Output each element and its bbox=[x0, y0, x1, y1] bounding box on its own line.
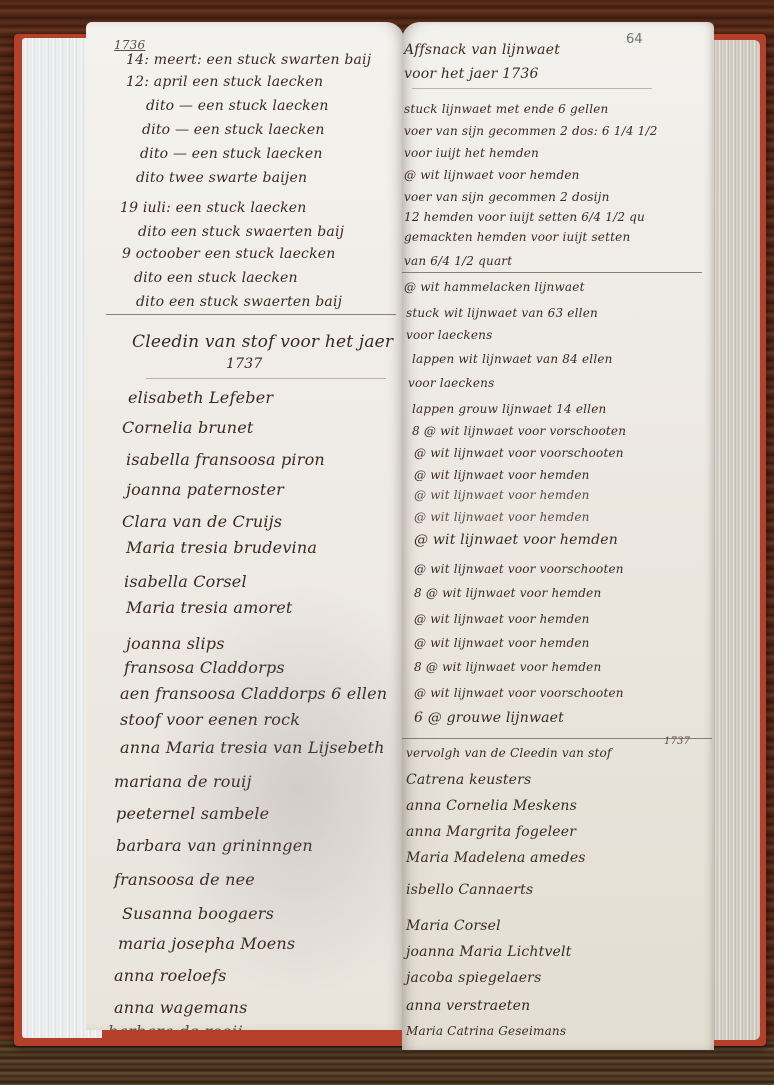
name-entry: peeternel sambele bbox=[116, 804, 269, 823]
ledger-entry: @ wit hammelacken lijnwaet bbox=[404, 280, 585, 294]
ledger-entry: voor iuijt het hemden bbox=[404, 146, 539, 160]
ledger-entry: 8 @ wit lijnwaet voor hemden bbox=[414, 660, 601, 674]
section-title: Cleedin van stof voor het jaer bbox=[132, 332, 393, 352]
ledger-entry: @ wit lijnwaet voor voorschooten bbox=[414, 446, 624, 460]
ledger-entry: gemackten hemden voor iuijt setten bbox=[404, 230, 630, 244]
name-entry: anna wagemans bbox=[114, 998, 248, 1017]
ledger-entry: @ wit lijnwaet voor hemden bbox=[414, 510, 590, 524]
name-entry: Maria Corsel bbox=[406, 918, 501, 934]
ledger-entry: @ wit lijnwaet voor hemden bbox=[414, 612, 590, 626]
ledger-entry: 12 hemden voor iuijt setten 6/4 1/2 qu bbox=[404, 210, 645, 224]
section-subtitle: Catrena keusters bbox=[406, 772, 531, 788]
ledger-entry: @ wit lijnwaet voor voorschooten bbox=[414, 686, 624, 700]
left-page: 1736 14: meert: een stuck swarten baij 1… bbox=[86, 22, 404, 1030]
ledger-entry: @ wit lijnwaet voor voorschooten bbox=[414, 562, 624, 576]
ledger-entry: voer van sijn gecommen 2 dos: 6 1/4 1/2 bbox=[404, 124, 658, 138]
title-underline bbox=[146, 378, 386, 379]
name-entry: Maria Madelena amedes bbox=[406, 850, 586, 866]
section-year: 1737 bbox=[664, 736, 690, 747]
ledger-entry: dito een stuck laecken bbox=[134, 270, 298, 286]
ledger-entry: dito een stuck swaerten baij bbox=[138, 224, 344, 240]
ledger-entry: 8 @ wit lijnwaet voor hemden bbox=[414, 586, 601, 600]
name-entry: Clara van de Cruijs bbox=[122, 512, 282, 531]
ledger-entry: dito twee swarte baijen bbox=[136, 170, 307, 186]
name-entry: elisabeth Lefeber bbox=[128, 388, 273, 407]
name-entry: maria josepha Moens bbox=[118, 934, 295, 953]
name-entry: isabella Corsel bbox=[124, 572, 247, 591]
name-entry: Maria tresia amoret bbox=[126, 598, 293, 617]
ledger-entry: 12: april een stuck laecken bbox=[126, 74, 323, 90]
name-entry: Susanna boogaers bbox=[122, 904, 274, 923]
ledger-entry: 8 @ wit lijnwaet voor vorschooten bbox=[412, 424, 626, 438]
ledger-entry: @ wit lijnwaet voor hemden bbox=[414, 636, 590, 650]
ledger-entry: @ wit lijnwaet voor hemden bbox=[414, 468, 590, 482]
ledger-entry: 19 iuli: een stuck laecken bbox=[120, 200, 306, 216]
name-entry: Maria tresia brudevina bbox=[126, 538, 317, 557]
name-entry: joanna Maria Lichtvelt bbox=[406, 944, 572, 960]
ledger-entry: stuck lijnwaet met ende 6 gellen bbox=[404, 102, 609, 116]
name-entry: fransoosa de nee bbox=[114, 870, 255, 889]
name-entry: stoof voor eenen rock bbox=[120, 710, 300, 729]
ledger-entry: voor laeckens bbox=[406, 328, 492, 342]
ledger-entry: stuck wit lijnwaet van 63 ellen bbox=[406, 306, 598, 320]
name-entry: barbara van grininngen bbox=[116, 836, 313, 855]
heading-underline bbox=[412, 88, 652, 89]
section-title: vervolgh van de Cleedin van stof bbox=[406, 746, 612, 760]
ledger-entry: dito een stuck swaerten baij bbox=[136, 294, 342, 310]
ledger-entry: voor laeckens bbox=[408, 376, 494, 390]
name-entry: isabella fransoosa piron bbox=[126, 450, 325, 469]
name-entry: fransosa Claddorps bbox=[124, 658, 285, 677]
name-entry: jacoba spiegelaers bbox=[406, 970, 541, 986]
name-entry: anna roeloefs bbox=[114, 966, 226, 985]
ledger-entry: voer van sijn gecommen 2 dosijn bbox=[404, 190, 610, 204]
section-year: 1737 bbox=[226, 356, 262, 372]
name-entry: anna Cornelia Meskens bbox=[406, 798, 577, 814]
ledger-entry: dito — een stuck laecken bbox=[146, 98, 329, 114]
page-number: 64 bbox=[626, 32, 643, 47]
name-entry: mariana de rouij bbox=[114, 772, 252, 791]
ledger-entry: van 6/4 1/2 quart bbox=[404, 254, 512, 268]
ledger-entry: dito — een stuck laecken bbox=[140, 146, 323, 162]
ledger-entry: lappen grouw lijnwaet 14 ellen bbox=[412, 402, 606, 416]
ledger-entry: @ wit lijnwaet voor hemden bbox=[404, 168, 580, 182]
name-entry: barbara de rooij bbox=[108, 1022, 242, 1030]
section-divider bbox=[402, 272, 702, 273]
name-entry: joanna paternoster bbox=[126, 480, 284, 499]
ledger-entry: 14: meert: een stuck swarten baij bbox=[126, 52, 371, 68]
name-entry: anna Maria tresia van Lijsebeth bbox=[120, 738, 385, 757]
name-entry: joanna slips bbox=[126, 634, 225, 653]
ledger-entry: @ wit lijnwaet voor hemden bbox=[414, 488, 590, 502]
page-heading-year: voor het jaer 1736 bbox=[404, 66, 539, 82]
section-divider bbox=[106, 314, 396, 315]
right-page: 64 Affsnack van lijnwaet voor het jaer 1… bbox=[402, 22, 714, 1050]
page-heading: Affsnack van lijnwaet bbox=[404, 42, 560, 58]
name-entry: anna Margrita fogeleer bbox=[406, 824, 576, 840]
year-heading: 1736 bbox=[114, 38, 145, 52]
ledger-entry: dito — een stuck laecken bbox=[142, 122, 325, 138]
ledger-entry: lappen wit lijnwaet van 84 ellen bbox=[412, 352, 613, 366]
name-entry: isbello Cannaerts bbox=[406, 882, 533, 898]
name-entry: Maria Catrina Geseimans bbox=[406, 1024, 566, 1038]
name-entry: aen fransoosa Claddorps 6 ellen bbox=[120, 684, 387, 703]
ledger-entry: 6 @ grouwe lijnwaet bbox=[414, 710, 564, 726]
name-entry: anna verstraeten bbox=[406, 998, 530, 1014]
name-entry: Cornelia brunet bbox=[122, 418, 254, 437]
ledger-entry: 9 octoober een stuck laecken bbox=[122, 246, 335, 262]
ledger-entry: @ wit lijnwaet voor hemden bbox=[414, 532, 618, 548]
